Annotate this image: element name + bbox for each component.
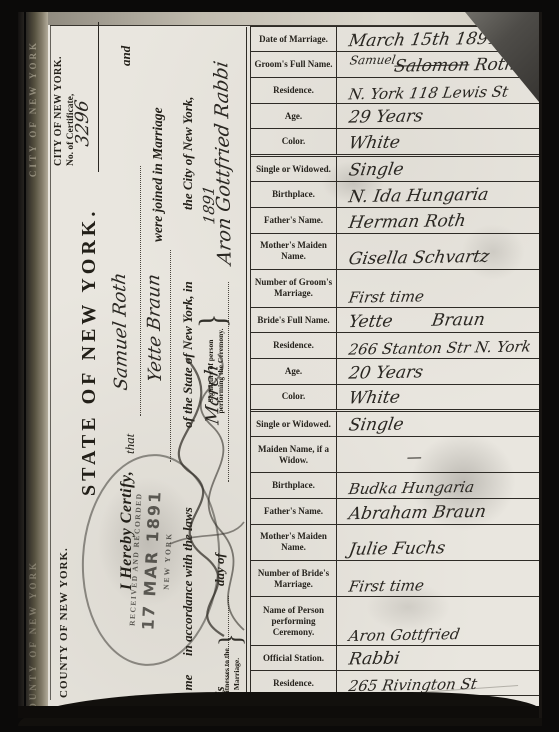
- table-row: Residence. 266 Stanton Str N. York: [251, 333, 539, 358]
- and-word: and: [118, 46, 134, 66]
- row-label: Groom's Full Name.: [251, 52, 337, 77]
- row-label: Mother's Maiden Name.: [251, 525, 337, 560]
- row-label: Father's Name.: [251, 499, 337, 523]
- row-value: Single: [337, 412, 539, 436]
- certificate-no-underline: [98, 22, 99, 172]
- row-value: Herman Roth: [337, 208, 539, 232]
- row-value: 266 Stanton Str N. York: [337, 333, 539, 357]
- row-label: Date of Marriage.: [251, 27, 337, 51]
- row-value: N. Ida Hungaria: [337, 182, 539, 207]
- handwritten-value: 266 Stanton Str N. York: [347, 337, 532, 358]
- table-row: Number of Bride's Marriage. First time: [251, 561, 539, 598]
- row-value: Abraham Braun: [337, 499, 539, 523]
- row-value: 29 Years: [337, 104, 539, 128]
- row-value: Julie Fuchs: [337, 525, 539, 560]
- struck-name: Salomon: [393, 56, 471, 77]
- binding-edge: CITY OF NEW YORK COUNTY OF NEW YORK: [18, 12, 48, 718]
- row-label: Age.: [251, 359, 337, 384]
- handwritten-value: N. Ida Hungaria: [347, 185, 490, 207]
- table-row: Birthplace. N. Ida Hungaria: [251, 182, 539, 208]
- row-value: Rabbi: [337, 646, 539, 670]
- handwritten-value: 29 Years: [347, 107, 424, 128]
- table-row: Mother's Maiden Name. Gisella Schvartz: [251, 234, 539, 270]
- handwritten-value: March 15th 1891: [347, 29, 500, 52]
- row-label: Bride's Full Name.: [251, 308, 337, 333]
- row-value: Single: [337, 157, 539, 181]
- table-row: Color. White: [251, 129, 539, 156]
- table-row: Mother's Maiden Name. Julie Fuchs: [251, 525, 539, 561]
- row-label: Birthplace.: [251, 182, 337, 207]
- row-value: First time: [337, 270, 539, 307]
- scan-right-shadow: [539, 12, 542, 718]
- state-heading: STATE OF NEW YORK.: [78, 208, 101, 496]
- corrected-name: Samuel: [349, 53, 397, 68]
- edge-fragment-top: CITY OF NEW YORK: [28, 40, 38, 177]
- handwritten-value: Gisella Schvartz: [347, 247, 491, 269]
- row-label: Number of Bride's Marriage.: [251, 561, 337, 597]
- row-value: White: [337, 129, 539, 153]
- row-value: —: [337, 437, 539, 472]
- row-label: Birthplace.: [251, 473, 337, 498]
- handwritten-value: White: [347, 132, 401, 153]
- handwritten-value: First time: [347, 577, 425, 596]
- table-row: Age. 20 Years: [251, 359, 539, 385]
- handwritten-value: Yette Braun: [347, 310, 486, 332]
- handwritten-value: Single: [347, 415, 405, 436]
- row-label: Father's Name.: [251, 208, 337, 232]
- row-label: Official Station.: [251, 646, 337, 670]
- row-value: First time: [337, 561, 539, 597]
- row-label: Residence.: [251, 78, 337, 103]
- row-label: Color.: [251, 385, 337, 409]
- handwritten-value: First time: [347, 287, 425, 306]
- handwritten-value: White: [347, 388, 401, 409]
- handwritten-value: Budka Hungaria: [347, 478, 475, 498]
- row-value: White: [337, 385, 539, 409]
- table-row: Residence. N. York 118 Lewis St: [251, 78, 539, 104]
- signature-brace: }: [192, 314, 235, 328]
- handwritten-value: 20 Years: [347, 362, 424, 383]
- form-table: Date of Marriage. March 15th 1891 Groom'…: [250, 26, 540, 719]
- handwritten-value: Single: [347, 160, 405, 181]
- table-row: Single or Widowed. Single: [251, 412, 539, 437]
- table-row: Maiden Name, if a Widow. —: [251, 437, 539, 473]
- handwritten-value: N. York 118 Lewis St: [347, 83, 509, 104]
- table-row: Single or Widowed. Single: [251, 157, 539, 182]
- table-row: Age. 29 Years: [251, 104, 539, 129]
- table-row: Birthplace. Budka Hungaria: [251, 473, 539, 499]
- certificate-paper: CITY OF NEW YORK COUNTY OF NEW YORK COUN…: [18, 12, 542, 718]
- city-label: CITY OF NEW YORK.: [53, 56, 64, 166]
- table-row: Number of Groom's Marriage. First time: [251, 270, 539, 308]
- table-row: Official Station. Rabbi: [251, 646, 539, 671]
- row-label: Maiden Name, if a Widow.: [251, 437, 337, 472]
- row-value: 20 Years: [337, 359, 539, 384]
- row-value: Budka Hungaria: [337, 473, 539, 498]
- handwritten-value: Herman Roth: [347, 211, 467, 233]
- blank-dash: —: [406, 448, 424, 466]
- row-label: Mother's Maiden Name.: [251, 234, 337, 269]
- handwritten-value: Julie Fuchs: [347, 538, 447, 560]
- table-row: Groom's Full Name. SamuelSalomon Roth: [251, 52, 539, 78]
- joined-in-marriage-line: were joined in Marriage: [150, 107, 166, 242]
- city-of-new-york-line: the City of New York,: [180, 96, 196, 210]
- groom-name-script: Samuel Roth: [109, 271, 132, 392]
- that-word: that: [122, 434, 138, 454]
- table-row: Name of Person performing Ceremony. Aron…: [251, 597, 539, 646]
- row-value: Aron Gottfried: [337, 597, 539, 645]
- fold-line: [24, 12, 26, 718]
- handwritten-value: Abraham Braun: [347, 501, 487, 523]
- row-label: Residence.: [251, 333, 337, 357]
- table-row: Bride's Full Name. Yette Braun: [251, 308, 539, 334]
- table-row: Color. White: [251, 385, 539, 412]
- row-value: Gisella Schvartz: [337, 234, 539, 269]
- edge-fragment-bottom: COUNTY OF NEW YORK: [28, 560, 38, 720]
- stamp-line3: NEW YORK: [161, 532, 173, 590]
- scanned-marriage-certificate: { "document_kind": "Marriage certificate…: [0, 0, 559, 732]
- row-label: Single or Widowed.: [251, 157, 337, 181]
- table-row: Father's Name. Herman Roth: [251, 208, 539, 233]
- row-label: Name of Person performing Ceremony.: [251, 597, 337, 645]
- row-value: Yette Braun: [337, 308, 539, 333]
- row-value: N. York 118 Lewis St: [337, 78, 539, 103]
- row-label: Single or Widowed.: [251, 412, 337, 436]
- officiant-signature-script: Aron Gottfried Rabbi: [210, 59, 236, 266]
- row-label: Color.: [251, 129, 337, 153]
- rotated-certificate-text: COUNTY OF NEW YORK. CITY OF NEW YORK. No…: [48, 20, 250, 712]
- handwritten-value: SamuelSalomon Roth: [347, 55, 517, 78]
- dotted-rule: [140, 166, 141, 416]
- scan-bottom-shadow: [18, 706, 542, 718]
- row-label: Number of Groom's Marriage.: [251, 270, 337, 307]
- county-label: COUNTY OF NEW YORK.: [58, 547, 70, 698]
- handwritten-value: Rabbi: [347, 649, 401, 670]
- row-label: Age.: [251, 104, 337, 128]
- certificate-no-value: 3296: [72, 98, 94, 147]
- table-row: Father's Name. Abraham Braun: [251, 499, 539, 524]
- handwritten-value: Aron Gottfried: [347, 625, 461, 645]
